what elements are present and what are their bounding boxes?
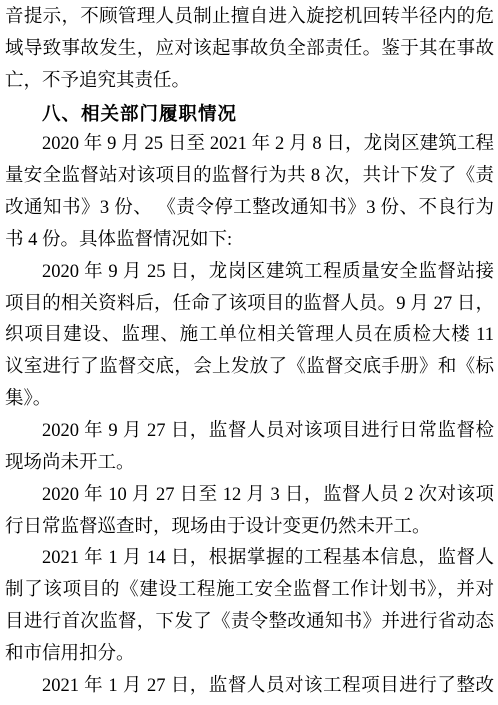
body-line: 亡，不予追究其责任。 [5, 66, 494, 98]
body-line: 2020 年 9 月 25 日至 2021 年 2 月 8 日，龙岗区建筑工程质 [5, 129, 494, 161]
body-line: 域导致事故发生，应对该起事故负全部责任。鉴于其在事故中死 [5, 34, 494, 66]
body-line: 量安全监督站对该项目的监督行为共 8 次，共计下发了《责令整 [5, 161, 494, 193]
body-line: 现场尚未开工。 [5, 448, 494, 480]
body-line: 2020 年 9 月 25 日，龙岗区建筑工程质量安全监督站接到该 [5, 257, 494, 289]
body-line: 目进行首次监督，下发了《责令整改通知书》并进行省动态扣分 [5, 607, 494, 639]
body-line: 织项目建设、监理、施工单位相关管理人员在质检大楼 11 楼会 [5, 320, 494, 352]
body-line: 制了该项目的《建设工程施工安全监督工作计划书》，并对该项 [5, 575, 494, 607]
body-line: 音提示，不顾管理人员制止擅自进入旋挖机回转半径内的危险区 [5, 2, 494, 34]
body-line: 议室进行了监督交底，会上发放了《监督交底手册》和《标准图 [5, 352, 494, 384]
body-line: 2020 年 10 月 27 日至 12 月 3 日，监督人员 2 次对该项目进 [5, 480, 494, 512]
body-line: 改通知书》3 份、 《责令停工整改通知书》3 份、不良行为认定 [5, 193, 494, 225]
section-heading: 八、相关部门履职情况 [5, 98, 494, 130]
body-line: 2021 年 1 月 27 日，监督人员对该工程项目进行了整改复查， [5, 671, 494, 703]
body-line: 书 4 份。具体监督情况如下: [5, 225, 494, 257]
body-line: 项目的相关资料后，任命了该项目的监督人员。9 月 27 日，组 [5, 289, 494, 321]
body-line: 2021 年 1 月 14 日，根据掌握的工程基本信息，监督人员编 [5, 543, 494, 575]
body-line: 集》。 [5, 384, 494, 416]
document-page: 音提示，不顾管理人员制止擅自进入旋挖机回转半径内的危险区 域导致事故发生，应对该… [0, 0, 498, 705]
body-line: 2020 年 9 月 27 日，监督人员对该项目进行日常监督检查时， [5, 416, 494, 448]
body-line: 行日常监督巡查时，现场由于设计变更仍然未开工。 [5, 512, 494, 544]
body-line: 和市信用扣分。 [5, 639, 494, 671]
